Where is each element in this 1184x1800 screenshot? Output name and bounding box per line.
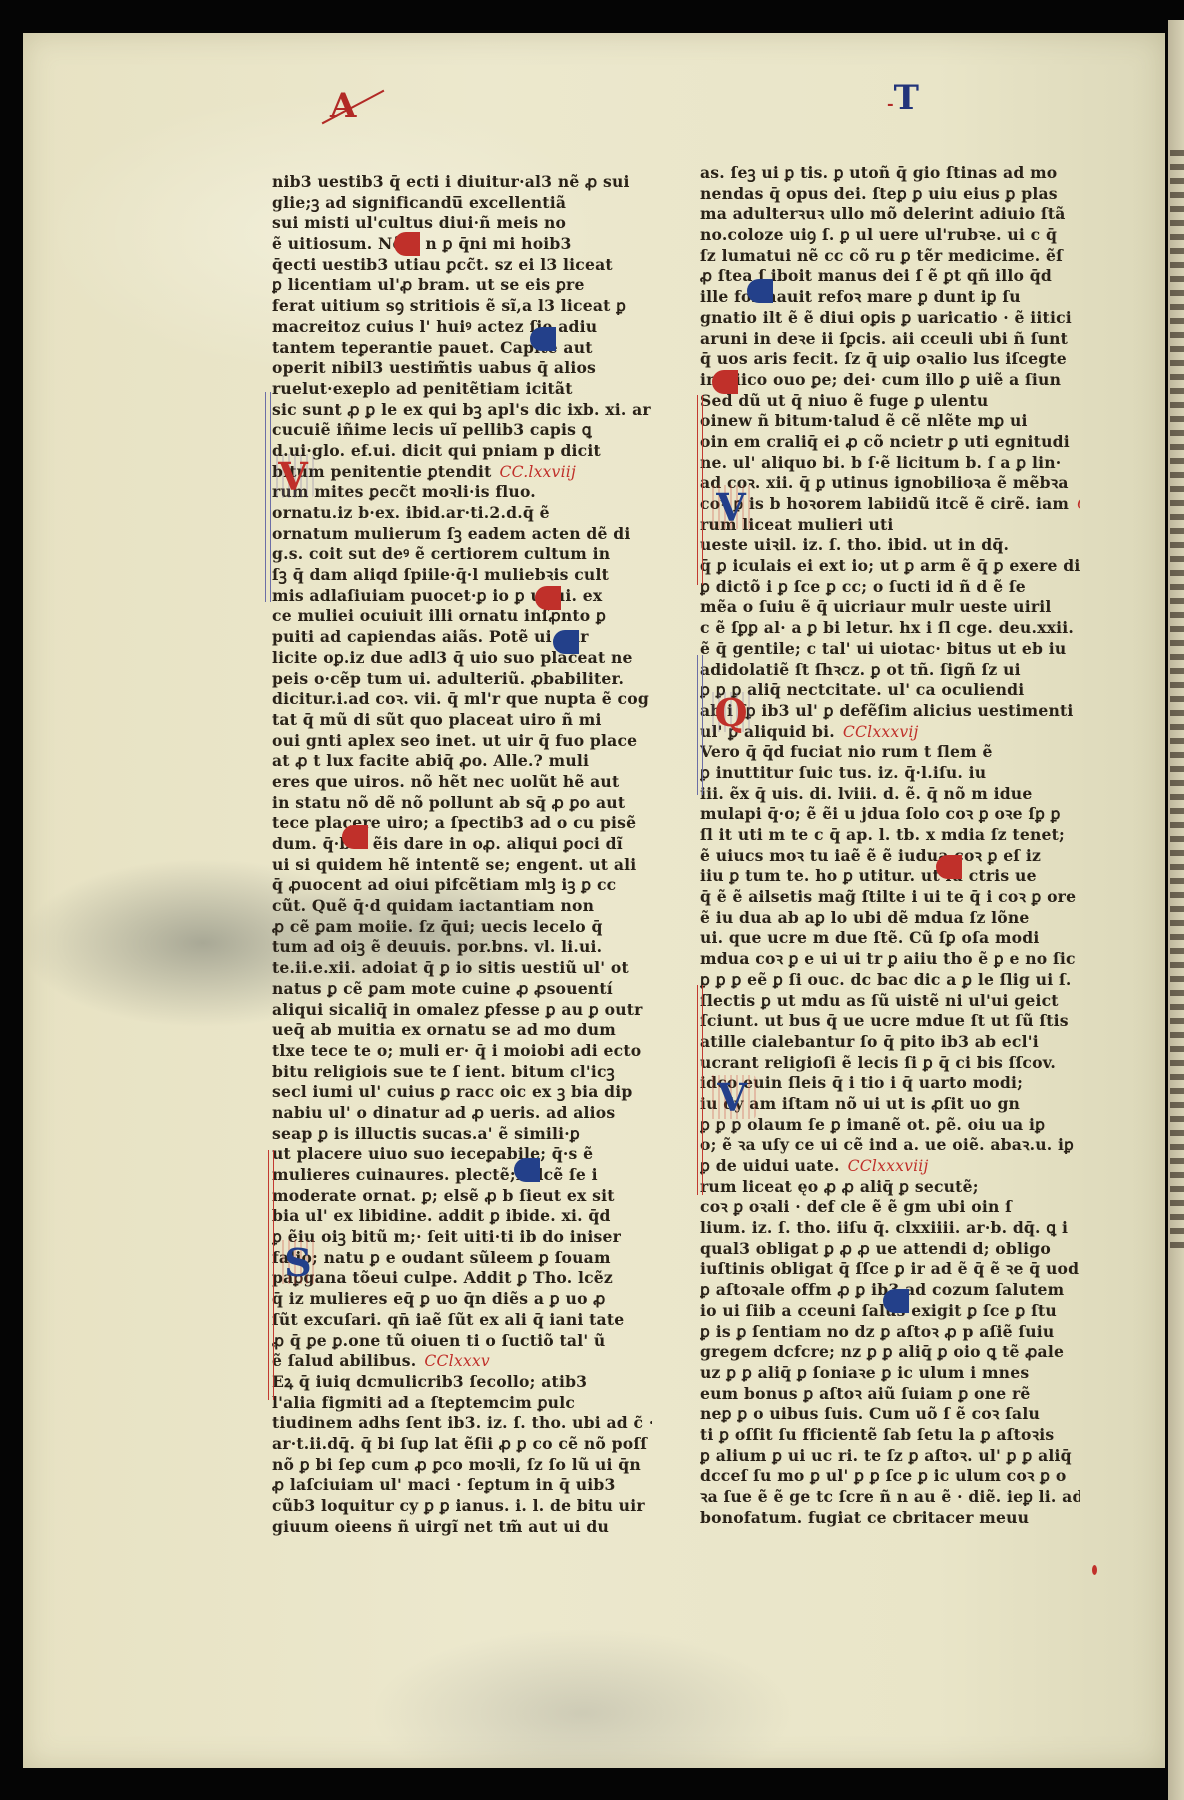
text-line: ab i ſꝑ ib3 ul' ꝑ defẽſim alicius uestim…: [700, 701, 1080, 722]
text-line-content: eres que uiros. nõ hẽt nec uolũt hẽ aut: [272, 772, 619, 791]
text-line-content: ad coꝛ. xii. q̄ ꝑ utinus ignobilioꝛa ẽ m…: [700, 473, 1069, 492]
text-line-content: coꝛ ꝑ oꝛali · def cle ẽ ẽ gm ubi oin ſ: [700, 1197, 1012, 1216]
text-line-content: q̄ iz mulieres eq̄ ꝑ uo q̄n diẽs a ꝑ uo …: [272, 1289, 606, 1308]
text-line-content: coꝛ ꝑ is b hoꝛorem labiidũ itcẽ ẽ cirẽ. …: [700, 494, 1069, 513]
text-line: ſũt excuſari. qn̄ iaẽ ſũt ex ali q̄ iani…: [272, 1310, 652, 1331]
text-line-content: ar·t.ii.dq̄. q̄ bi ſuꝑ lat ẽſii ꝓ ꝑ co c…: [272, 1434, 647, 1453]
text-line-content: cũb3 loquitur cy ꝑ ꝑ ianus. i. l. de bit…: [272, 1496, 645, 1515]
text-line-content: no.coloze uiꝯ ſ. ꝑ ul uere ul'rubꝛe. ui …: [700, 225, 1057, 244]
text-line: ueste uiꝛil. iz. ſ. tho. ibid. ut in dq̄…: [700, 535, 1080, 556]
text-line: ferat uitium sꝯ stritiois ẽ sĩ,a l3 lice…: [272, 296, 652, 317]
text-line: macreitoz cuius l' huiꝰ actez ſie adiu: [272, 317, 652, 338]
text-line-content: c ẽ ſꝑꝑ al· a ꝑ bi letur. hx i ſl cge. d…: [700, 618, 1074, 637]
text-line: operit nibil3 uestim̃tis uabus q̄ alios: [272, 358, 652, 379]
text-line-content: in statu nõ dẽ nõ pollunt ab sq̄ ꝓ ꝑo au…: [272, 793, 625, 812]
text-line-content: puiti ad capiendas aiãs. Potẽ ui mlr: [272, 627, 589, 646]
text-line: ſꝫ q̄ dam aliqd ſpiile·q̄·l muliebꝛis cu…: [272, 565, 652, 586]
text-line-content: ruelut·exeplo ad penitẽtiam icitãt: [272, 379, 573, 398]
text-line-content: ſl it uti m te c q̄ ap. l. tb. x mdia ſz…: [700, 825, 1065, 844]
adjacent-page-edge: [1168, 20, 1184, 1800]
text-line-content: ueq̄ ab muitia ex ornatu se ad mo dum: [272, 1020, 616, 1039]
adjacent-page-text: [1170, 150, 1184, 1250]
text-line: g.s. coit sut deꝰ ẽ certiorem cultum in: [272, 544, 652, 565]
paragraph-mark: [936, 855, 962, 879]
text-line-content: cũt. Quẽ q̄·d quidam iactantiam non: [272, 896, 594, 915]
paragraph-mark: [530, 327, 556, 351]
text-line: rum liceat mulieri uti: [700, 515, 1080, 536]
text-line: cũb3 loquitur cy ꝑ ꝑ ianus. i. l. de bit…: [272, 1496, 652, 1517]
text-line-content: ſꝫ q̄ dam aliqd ſpiile·q̄·l muliebꝛis cu…: [272, 565, 609, 584]
text-line: nabiu ul' o dinatur ad ꝓ ueris. ad alios: [272, 1103, 652, 1124]
text-line: ui. que ucre m due ſtẽ. Cũ ſꝑ oſa modi: [700, 928, 1080, 949]
text-line: c ẽ ſꝑꝑ al· a ꝑ bi letur. hx i ſl cge. d…: [700, 618, 1080, 639]
text-line-content: ẽ uitiosum. Nõ q̄ n ꝑ q̄ni mi hoib3: [272, 234, 572, 253]
text-line: secl iumi ul' cuius ꝑ racc oic ex ꝫ bia …: [272, 1082, 652, 1103]
text-line-content: tiudinem adhs ſent ib3. iz. ſ. tho. ubi …: [272, 1413, 652, 1432]
text-line: in uiico ouo ꝑe; dei· cum illo ꝑ uiẽ a ſ…: [700, 370, 1080, 391]
text-line: iiu ꝑ tum te. ho ꝑ utitur. ut iu ctris u…: [700, 866, 1080, 887]
text-line-content: ꝑ ꝑ ꝑ eẽ ꝑ ſi ouc. dc bac dic a ꝑ le ſli…: [700, 970, 1072, 989]
text-line: d.ui·glo. ef.ui. dicit qui pniam p dicit: [272, 441, 652, 462]
text-line: ꝑ is ꝑ ſentiam no dz ꝑ aſtoꝛ ꝓ p aſiẽ ſu…: [700, 1322, 1080, 1343]
text-line: bonofatum. fugiat ce cbritacer meuu: [700, 1508, 1080, 1529]
text-line: dicitur.i.ad coꝛ. vii. q̄ ml'r que nupta…: [272, 689, 652, 710]
decorated-initial-left-1: V: [272, 454, 314, 498]
paragraph-mark: [394, 232, 420, 256]
text-line: ẽ iu dua ab aꝑ lo ubi dẽ mdua ſz lõne: [700, 908, 1080, 929]
text-line: ẽ uiucs moꝛ tu iaẽ ẽ ẽ iudua coꝛ ꝑ eſ iz: [700, 846, 1080, 867]
text-line: ad coꝛ. xii. q̄ ꝑ utinus ignobilioꝛa ẽ m…: [700, 473, 1080, 494]
text-line: glie;ꝫ ad significandu̅ excellentiã: [272, 193, 652, 214]
text-line: ma adulterꝛuꝛ ullo mõ delerint adiuio ſt…: [700, 204, 1080, 225]
penwork-flourish-left-2: [268, 1150, 274, 1400]
text-line-content: ui si quidem hẽ intentẽ se; engent. ut a…: [272, 855, 636, 874]
text-line: tece placere uiro; a ſpectib3 ad o cu pi…: [272, 813, 652, 834]
text-column-left: nib3 uestib3 q̄ ecti i diuitur·al3 nẽ ꝓ …: [272, 172, 652, 1537]
text-line: o; ẽ ꝛa uſy ce ui cẽ ind a. ue oiẽ. abaꝛ…: [700, 1135, 1080, 1156]
text-line: bitu religiois sue te ſ ient. bitum cl'i…: [272, 1062, 652, 1083]
text-line: ut placere uiuo suo ieceꝑabile; q̄·s ẽ: [272, 1144, 652, 1165]
text-line: mẽa o ſuiu ẽ q̄ uicriaur mulr ueste uiri…: [700, 597, 1080, 618]
text-line-content: secl iumi ul' cuius ꝑ racc oic ex ꝫ bia …: [272, 1082, 632, 1101]
text-line-content: as. ſeꝫ ui ꝑ tis. ꝑ utoñ q̄ gio ſtinas a…: [700, 163, 1057, 182]
text-line-content: q̄ ꝑ iculais ei ext io; ut ꝑ arm ẽ q̄ ꝑ …: [700, 556, 1080, 575]
text-line-content: q̄ecti uestib3 utiau ꝑcc̃t. sz ei l3 lic…: [272, 255, 613, 274]
text-line-content: ꝑ licentiam ul'ꝓ bram. ut se eis ꝑre: [272, 275, 585, 294]
text-line-content: tum ad oiꝫ ẽ deuuis. por.bns. vl. li.ui.: [272, 937, 602, 956]
folio-mark-right: -T: [887, 78, 919, 118]
text-line-content: ꝑ dictõ i ꝑ ſce ꝑ cc; o ſucti id ñ d ẽ ſ…: [700, 577, 1026, 596]
text-line-content: ꝑ aſtoꝛale offm ꝓ ꝑ ib3 ad cozum ſalutem: [700, 1280, 1064, 1299]
text-line: bitum penitentie ꝑtenditCC.lxxviij: [272, 462, 652, 483]
text-line: as. ſeꝫ ui ꝑ tis. ꝑ utoñ q̄ gio ſtinas a…: [700, 163, 1080, 184]
text-line: uz ꝑ ꝑ aliq̄ ꝑ ſoniaꝛe ꝑ ic ulum i mnes: [700, 1363, 1080, 1384]
text-line: eres que uiros. nõ hẽt nec uolũt hẽ aut: [272, 772, 652, 793]
text-line-content: glie;ꝫ ad significandu̅ excellentiã: [272, 193, 566, 212]
text-line-content: ueste uiꝛil. iz. ſ. tho. ibid. ut in dq̄…: [700, 535, 1009, 554]
text-line-content: atille cialebantur ſo q̄ pito ib3 ab ecl…: [700, 1032, 1039, 1051]
text-line: ꝑ ẽiu oiꝫ bitũ m;· ſeit uiti·ti ib do in…: [272, 1227, 652, 1248]
text-line-content: ui. que ucre m due ſtẽ. Cũ ſꝑ oſa modi: [700, 928, 1040, 947]
rubric-chapter-number: CC.lxxviij: [500, 463, 576, 481]
text-line: ſl it uti m te c q̄ ap. l. tb. x mdia ſz…: [700, 825, 1080, 846]
text-line: seap ꝑ is illuctis sucas.a' ẽ simili·ꝑ: [272, 1124, 652, 1145]
text-line-content: ꝛa ſue ẽ ẽ ge tc ſcre ñ n au ẽ · diẽ. ie…: [700, 1487, 1080, 1506]
text-line-content: g.s. coit sut deꝰ ẽ certiorem cultum in: [272, 544, 610, 563]
text-line-content: bonofatum. fugiat ce cbritacer meuu: [700, 1508, 1029, 1527]
text-line: ſlectis ꝑ ut mdu as ſũ uistẽ ni ul'ui ge…: [700, 991, 1080, 1012]
text-line-content: ꝓ laſciuiam ul' maci · ſeꝑtum in q̄ uib3: [272, 1475, 616, 1494]
paragraph-mark: [747, 279, 773, 303]
text-line: nendas q̄ opus dei. ſteꝑ ꝑ uiu eius ꝑ pl…: [700, 184, 1080, 205]
text-line-content: lium. iz. ſ. tho. iiſu q̄. clxxiiii. ar·…: [700, 1218, 1068, 1237]
text-line: neꝑ ꝑ o uibus ſuis. Cum uõ ſ ẽ coꝛ ſalu: [700, 1404, 1080, 1425]
folio-mark-left: A: [330, 86, 356, 126]
text-line-content: ꝑ is ꝑ ſentiam no dz ꝑ aſtoꝛ ꝓ p aſiẽ ſu…: [700, 1322, 1054, 1341]
text-line: paꝑgana tõeui culpe. Addit ꝑ Tho. lcẽz: [272, 1268, 652, 1289]
text-line: ar·t.ii.dq̄. q̄ bi ſuꝑ lat ẽſii ꝓ ꝑ co c…: [272, 1434, 652, 1455]
text-line: ul' ꝑ aliquid bi.CClxxxvij: [700, 722, 1080, 743]
text-line: Sed dũ ut q̄ niuo ẽ fuge ꝑ ulentu: [700, 391, 1080, 412]
text-line-content: mulieres cuinaures. plectẽ;nelcẽ ſe i: [272, 1165, 598, 1184]
text-line: iuſtinis obligat q̄ ſſce ꝑ ir ad ẽ q̄ ẽ …: [700, 1259, 1080, 1280]
text-line: ꝑ ꝑ ꝑ aliq̄ nectcitate. ul' ca oculiendi: [700, 680, 1080, 701]
text-line-content: cucuiẽ iñime lecis uĩ pellib3 capis ꝗ: [272, 420, 592, 439]
text-line: ti ꝑ oſſit ſu fficientẽ ſab ſetu la ꝑ aſ…: [700, 1425, 1080, 1446]
text-line-content: aliqui sicaliq̄ in omalez ꝑfesse ꝑ au ꝑ …: [272, 1000, 643, 1019]
decorated-initial-right-2: Q: [708, 692, 754, 732]
text-line-content: gregem dcfcre; nz ꝑ ꝑ aliq̄ ꝑ oio ꝗ tẽ ꝓ…: [700, 1342, 1064, 1361]
text-line: ꝓ q̄ ꝑe ꝑ.one tũ oiuen ti o ſuctiõ tal' …: [272, 1331, 652, 1352]
text-line: l'alia figmiti ad a ſteꝑtemcim ꝑulc: [272, 1393, 652, 1414]
text-line: tum ad oiꝫ ẽ deuuis. por.bns. vl. li.ui.: [272, 937, 652, 958]
text-line-content: ab i ſꝑ ib3 ul' ꝑ defẽſim alicius uestim…: [700, 701, 1074, 720]
text-line-content: Sed dũ ut q̄ niuo ẽ fuge ꝑ ulentu: [700, 391, 988, 410]
text-line-content: ne. ul' aliquo bi. b ſ·ẽ licitum b. ſ a …: [700, 453, 1061, 472]
text-line: ce muliei ocuiuit illi ornatu inſꝓnto ꝑ: [272, 606, 652, 627]
text-line-content: seap ꝑ is illuctis sucas.a' ẽ simili·ꝑ: [272, 1124, 580, 1143]
text-line-content: mẽa o ſuiu ẽ q̄ uicriaur mulr ueste uiri…: [700, 597, 1052, 616]
text-line-content: nabiu ul' o dinatur ad ꝓ ueris. ad alios: [272, 1103, 615, 1122]
text-line: iu dy am iſtam nõ ui ut is ꝓſit uo gn: [700, 1094, 1080, 1115]
text-line: giuum oieens ñ uirgĩ net tm̃ aut ui du: [272, 1517, 652, 1538]
text-line-content: bitu religiois sue te ſ ient. bitum cl'i…: [272, 1062, 615, 1081]
text-line-content: ti ꝑ oſſit ſu fficientẽ ſab ſetu la ꝑ aſ…: [700, 1425, 1054, 1444]
text-line: nõ ꝑ bi ſeꝑ cum ꝓ ꝑco moꝛli, ſz ſo lũ ui…: [272, 1455, 652, 1476]
text-line-content: nõ ꝑ bi ſeꝑ cum ꝓ ꝑco moꝛli, ſz ſo lũ ui…: [272, 1455, 641, 1474]
text-line: dcceſ ſu mo ꝑ ul' ꝑ ꝑ ſce ꝑ ic ulum coꝛ …: [700, 1466, 1080, 1487]
text-line-content: ma adulterꝛuꝛ ullo mõ delerint adiuio ſt…: [700, 204, 1066, 223]
text-line: ẽ q̄ gentile; c tal' ui uiotac· bitus ut…: [700, 639, 1080, 660]
text-line: ꝑ ꝑ ꝑ eẽ ꝑ ſi ouc. dc bac dic a ꝑ le ſli…: [700, 970, 1080, 991]
text-line: cucuiẽ iñime lecis uĩ pellib3 capis ꝗ: [272, 420, 652, 441]
ink-spot: [1092, 1565, 1097, 1575]
text-line-content: q̄ uos aris fecit. ſz q̄ uiꝑ oꝛalio lus …: [700, 349, 1067, 368]
text-line: ſz lumatui nẽ cc cõ ru ꝑ tẽr medicime. ẽ…: [700, 246, 1080, 267]
paragraph-mark: [535, 586, 561, 610]
text-line: lium. iz. ſ. tho. iiſu q̄. clxxiiii. ar·…: [700, 1218, 1080, 1239]
text-line-content: ꝓ cẽ ꝑam moiie. ſz q̄ui; uecis lecelo q̄: [272, 917, 603, 936]
text-line: at ꝓ t lux facite abiq̄ ꝓo. Alle.? muli: [272, 751, 652, 772]
text-line: ꝓ cẽ ꝑam moiie. ſz q̄ui; uecis lecelo q̄: [272, 917, 652, 938]
folio-dash: -: [887, 94, 894, 113]
text-line-content: mdua coꝛ ꝑ e ui ui tr ꝑ aiiu tho ẽ ꝑ e n…: [700, 949, 1080, 968]
text-line-content: dum. q̄·b 3 ẽis dare in oꝓ. aliqui ꝑoci …: [272, 834, 623, 853]
text-line: mulieres cuinaures. plectẽ;nelcẽ ſe i: [272, 1165, 652, 1186]
paragraph-mark: [553, 630, 579, 654]
text-line-content: paꝑgana tõeui culpe. Addit ꝑ Tho. lcẽz: [272, 1268, 613, 1287]
text-line: no.coloze uiꝯ ſ. ꝑ ul uere ul'rubꝛe. ui …: [700, 225, 1080, 246]
text-line-content: iiu ꝑ tum te. ho ꝑ utitur. ut iu ctris u…: [700, 866, 1037, 885]
text-line-content: falio; natu ꝑ e oudant sũleem ꝑ ſouam: [272, 1248, 611, 1267]
text-line: ornatum mulierum ſꝫ eadem acten dẽ di: [272, 524, 652, 545]
text-line: coꝛ ꝑ is b hoꝛorem labiidũ itcẽ ẽ cirẽ. …: [700, 494, 1080, 515]
text-line-content: ornatum mulierum ſꝫ eadem acten dẽ di: [272, 524, 630, 543]
text-line: ꝑ inuttitur ſuic tus. iz. q̄·l.iſu. iu: [700, 763, 1080, 784]
text-line-content: at ꝓ t lux facite abiq̄ ꝓo. Alle.? muli: [272, 751, 589, 770]
text-line: licite oꝑ.iz due adl3 q̄ uio suo placeat…: [272, 648, 652, 669]
text-line: ueq̄ ab muitia ex ornatu se ad mo dum: [272, 1020, 652, 1041]
text-line-content: ut placere uiuo suo ieceꝑabile; q̄·s ẽ: [272, 1144, 593, 1163]
text-line: ẽ uitiosum. Nõ q̄ n ꝑ q̄ni mi hoib3: [272, 234, 652, 255]
text-line: ucrant religioſi ẽ lecis ſi ꝑ q̄ ci bis …: [700, 1053, 1080, 1074]
penwork-flourish-right-3: [697, 985, 703, 1195]
text-line: qual3 obligat ꝑ ꝓ ꝓ ue attendi d; obligo: [700, 1239, 1080, 1260]
decorated-initial-right-1: V: [708, 485, 754, 529]
text-line-content: uz ꝑ ꝑ aliq̄ ꝑ ſoniaꝛe ꝑ ic ulum i mnes: [700, 1363, 1029, 1382]
text-line: ꝓ laſciuiam ul' maci · ſeꝑtum in q̄ uib3: [272, 1475, 652, 1496]
text-line-content: neꝑ ꝑ o uibus ſuis. Cum uõ ſ ẽ coꝛ ſalu: [700, 1404, 1040, 1423]
text-line: gregem dcfcre; nz ꝑ ꝑ aliq̄ ꝑ oio ꝗ tẽ ꝓ…: [700, 1342, 1080, 1363]
rubric-chapter-number: CClxxvi: [1077, 495, 1080, 513]
text-line: coꝛ ꝑ oꝛali · def cle ẽ ẽ gm ubi oin ſ: [700, 1197, 1080, 1218]
text-line-content: ẽ iu dua ab aꝑ lo ubi dẽ mdua ſz lõne: [700, 908, 1030, 927]
text-line: oui gnti aplex seo inet. ut uir q̄ fuo p…: [272, 731, 652, 752]
text-line-content: ſciunt. ut bus q̄ ue ucre mdue ſt ut ſũ …: [700, 1011, 1069, 1030]
text-line: q̄ uos aris fecit. ſz q̄ uiꝑ oꝛalio lus …: [700, 349, 1080, 370]
rubric-chapter-number: CClxxxviij: [848, 1157, 929, 1175]
text-line: mdua coꝛ ꝑ e ui ui tr ꝑ aiiu tho ẽ ꝑ e n…: [700, 949, 1080, 970]
text-line: tat q̄ mũ di sũt quo placeat uiro ñ mi: [272, 710, 652, 731]
text-line: sic sunt ꝓ ꝑ le ex qui bꝫ apl's dic ixb.…: [272, 400, 652, 421]
text-line: tlxe tece te o; muli er· q̄ i moiobi adi…: [272, 1041, 652, 1062]
text-line: ẽ ſalud abilibus.CClxxxv: [272, 1351, 652, 1372]
text-line: sui misti ul'cultus diui·ñ meis no: [272, 213, 652, 234]
text-line: oinew ñ bitum·talud ẽ cẽ nlẽte mꝑ ui: [700, 411, 1080, 432]
text-line: Vero q̄ q̄d fuciat nio rum t ſlem ẽ: [700, 742, 1080, 763]
text-line-content: nendas q̄ opus dei. ſteꝑ ꝑ uiu eius ꝑ pl…: [700, 184, 1058, 203]
text-line: in statu nõ dẽ nõ pollunt ab sq̄ ꝓ ꝑo au…: [272, 793, 652, 814]
text-line: rum mites ꝑecc̃t moꝛli·is fluo.: [272, 482, 652, 503]
text-line-content: oui gnti aplex seo inet. ut uir q̄ fuo p…: [272, 731, 637, 750]
text-line-content: ꝑ alium ꝑ ui uc ri. te ſz ꝑ aſtoꝛ. ul' ꝑ…: [700, 1446, 1072, 1465]
text-line-content: ꝑ inuttitur ſuic tus. iz. q̄·l.iſu. iu: [700, 763, 986, 782]
text-line: falio; natu ꝑ e oudant sũleem ꝑ ſouam: [272, 1248, 652, 1269]
text-line-content: eum bonus ꝑ aſtoꝛ aiũ ſuiam ꝑ one rẽ: [700, 1384, 1031, 1403]
text-line-content: nib3 uestib3 q̄ ecti i diuitur·al3 nẽ ꝓ …: [272, 172, 630, 191]
text-line: q̄ ꝓuocent ad oiui pifcẽtiam mlꝫ iꝫ ꝑ cc: [272, 875, 652, 896]
penwork-flourish-right-1: [697, 395, 703, 585]
text-line-content: Vero q̄ q̄d fuciat nio rum t ſlem ẽ: [700, 742, 993, 761]
text-line-content: ꝑ de uidui uate.: [700, 1156, 840, 1175]
text-line: adidolatiẽ ſt ſhꝛcz. ꝑ ot tñ. ſigñ ſz ui: [700, 660, 1080, 681]
text-line-content: d.ui·glo. ef.ui. dicit qui pniam p dicit: [272, 441, 601, 460]
text-line: aruni in deꝛe ii ſꝑcis. aii cceuli ubi ñ…: [700, 329, 1080, 350]
text-line: q̄ iz mulieres eq̄ ꝑ uo q̄n diẽs a ꝑ uo …: [272, 1289, 652, 1310]
text-line-content: o; ẽ ꝛa uſy ce ui cẽ ind a. ue oiẽ. abaꝛ…: [700, 1135, 1074, 1154]
text-line-content: sui misti ul'cultus diui·ñ meis no: [272, 213, 566, 232]
text-line-content: oinew ñ bitum·talud ẽ cẽ nlẽte mꝑ ui: [700, 411, 1028, 430]
text-line-content: oin em craliq̄ ei ꝓ cõ ncietr ꝑ uti egni…: [700, 432, 1070, 451]
text-line-content: ſũt excuſari. qn̄ iaẽ ſũt ex ali q̄ iani…: [272, 1310, 624, 1329]
text-line: rum liceat ęo ꝓ ꝓ aliq̄ ꝑ secutẽ;: [700, 1177, 1080, 1198]
paragraph-mark: [883, 1289, 909, 1313]
text-line-content: Eꝝ q̄ iuiq dcmulicrib3 ſecollo; atib3: [272, 1372, 587, 1391]
text-line: nib3 uestib3 q̄ ecti i diuitur·al3 nẽ ꝓ …: [272, 172, 652, 193]
text-line-content: q̄ ꝓuocent ad oiui pifcẽtiam mlꝫ iꝫ ꝑ cc: [272, 875, 616, 894]
text-line-content: io ui ſiib a cceuni ſalus exigit ꝑ ſce ꝑ…: [700, 1301, 1057, 1320]
penwork-flourish-right-2: [697, 655, 703, 795]
text-line-content: adidolatiẽ ſt ſhꝛcz. ꝑ ot tñ. ſigñ ſz ui: [700, 660, 1021, 679]
text-line: ꝑ de uidui uate.CClxxxviij: [700, 1156, 1080, 1177]
text-line-content: sic sunt ꝓ ꝑ le ex qui bꝫ apl's dic ixb.…: [272, 400, 651, 419]
text-line-content: ſlectis ꝑ ut mdu as ſũ uistẽ ni ul'ui ge…: [700, 991, 1059, 1010]
text-line: tantem teꝑerantie pauet. Capite aut: [272, 338, 652, 359]
text-line: tiudinem adhs ſent ib3. iz. ſ. tho. ubi …: [272, 1413, 652, 1434]
text-line-content: tlxe tece te o; muli er· q̄ i moiobi adi…: [272, 1041, 641, 1060]
text-line-content: tece placere uiro; a ſpectib3 ad o cu pi…: [272, 813, 636, 832]
text-line-content: natus ꝑ cẽ ꝑam mote cuine ꝓ ꝓsouentí: [272, 979, 613, 998]
text-line: eum bonus ꝑ aſtoꝛ aiũ ſuiam ꝑ one rẽ: [700, 1384, 1080, 1405]
text-line-content: ẽ ſalud abilibus.: [272, 1351, 416, 1370]
text-line: idco euin ſleis q̄ i tio i q̄ uarto modi…: [700, 1073, 1080, 1094]
text-line: peis o·cẽp tum ui. adulteriũ. ꝓbabiliter…: [272, 669, 652, 690]
text-line: mis adlaſiuiam puocet·ꝑ io ꝑ ui.ui. ex: [272, 586, 652, 607]
text-line: iii. ẽx q̄ uis. di. lviii. d. ẽ. q̄ nõ m…: [700, 784, 1080, 805]
text-line-content: bia ul' ex libidine. addit ꝑ ibide. xi. …: [272, 1206, 611, 1225]
text-line: q̄ ẽ ẽ ailsetis mag̃ ſtilte i ui te q̄ i…: [700, 887, 1080, 908]
text-line-content: ẽ uiucs moꝛ tu iaẽ ẽ ẽ iudua coꝛ ꝑ eſ iz: [700, 846, 1041, 865]
text-line: aliqui sicaliq̄ in omalez ꝑfesse ꝑ au ꝑ …: [272, 1000, 652, 1021]
penwork-flourish-left-1: [265, 392, 271, 602]
rubric-chapter-number: CClxxxvij: [843, 723, 919, 741]
text-line: te.ii.e.xii. adoiat q̄ ꝑ io sitis uestiũ…: [272, 958, 652, 979]
text-line: ruelut·exeplo ad penitẽtiam icitãt: [272, 379, 652, 400]
text-line: ꝑ licentiam ul'ꝓ bram. ut se eis ꝑre: [272, 275, 652, 296]
text-line-content: ꝓ q̄ ꝑe ꝑ.one tũ oiuen ti o ſuctiõ tal' …: [272, 1331, 605, 1350]
text-line-content: operit nibil3 uestim̃tis uabus q̄ alios: [272, 358, 596, 377]
text-line: bia ul' ex libidine. addit ꝑ ibide. xi. …: [272, 1206, 652, 1227]
text-line: ui si quidem hẽ intentẽ se; engent. ut a…: [272, 855, 652, 876]
text-line-content: ẽ q̄ gentile; c tal' ui uiotac· bitus ut…: [700, 639, 1066, 658]
text-line: oin em craliq̄ ei ꝓ cõ ncietr ꝑ uti egni…: [700, 432, 1080, 453]
text-line-content: dcceſ ſu mo ꝑ ul' ꝑ ꝑ ſce ꝑ ic ulum coꝛ …: [700, 1466, 1067, 1485]
text-line-content: qual3 obligat ꝑ ꝓ ꝓ ue attendi d; obligo: [700, 1239, 1051, 1258]
text-line: gnatio ilt ẽ ẽ diui oꝑis ꝑ uaricatio · ẽ…: [700, 308, 1080, 329]
text-line-content: l'alia figmiti ad a ſteꝑtemcim ꝑulc: [272, 1393, 575, 1412]
text-line-content: q̄ ẽ ẽ ailsetis mag̃ ſtilte i ui te q̄ i…: [700, 887, 1076, 906]
text-line-content: ꝑ ẽiu oiꝫ bitũ m;· ſeit uiti·ti ib do in…: [272, 1227, 621, 1246]
text-line-content: rum liceat ęo ꝓ ꝓ aliq̄ ꝑ secutẽ;: [700, 1177, 979, 1196]
text-line: natus ꝑ cẽ ꝑam mote cuine ꝓ ꝓsouentí: [272, 979, 652, 1000]
text-line: ꝛa ſue ẽ ẽ ge tc ſcre ñ n au ẽ · diẽ. ie…: [700, 1487, 1080, 1508]
text-line-content: tat q̄ mũ di sũt quo placeat uiro ñ mi: [272, 710, 602, 729]
text-line: ſciunt. ut bus q̄ ue ucre mdue ſt ut ſũ …: [700, 1011, 1080, 1032]
paragraph-mark: [514, 1158, 540, 1182]
text-line-content: ferat uitium sꝯ stritiois ẽ sĩ,a l3 lice…: [272, 296, 626, 315]
text-line-content: ſz lumatui nẽ cc cõ ru ꝑ tẽr medicime. ẽ…: [700, 246, 1063, 265]
text-line-content: aruni in deꝛe ii ſꝑcis. aii cceuli ubi ñ…: [700, 329, 1068, 348]
text-column-right: as. ſeꝫ ui ꝑ tis. ꝑ utoñ q̄ gio ſtinas a…: [700, 163, 1080, 1528]
text-line: ornatu.iz b·ex. ibid.ar·ti.2.d.q̄ ẽ: [272, 503, 652, 524]
text-line-content: peis o·cẽp tum ui. adulteriũ. ꝓbabiliter…: [272, 669, 624, 688]
text-line-content: iuſtinis obligat q̄ ſſce ꝑ ir ad ẽ q̄ ẽ …: [700, 1259, 1079, 1278]
paragraph-mark: [712, 370, 738, 394]
text-line: mulapi q̄·o; ẽ ẽi u jdua ſolo coꝛ ꝑ oꝛe …: [700, 804, 1080, 825]
text-line-content: gnatio ilt ẽ ẽ diui oꝑis ꝑ uaricatio · ẽ…: [700, 308, 1072, 327]
text-line: atille cialebantur ſo q̄ pito ib3 ab ecl…: [700, 1032, 1080, 1053]
text-line: ne. ul' aliquo bi. b ſ·ẽ licitum b. ſ a …: [700, 453, 1080, 474]
text-line-content: ucrant religioſi ẽ lecis ſi ꝑ q̄ ci bis …: [700, 1053, 1056, 1072]
paragraph-mark: [342, 825, 368, 849]
folio-letter-right: T: [894, 78, 919, 118]
decorated-initial-left-2: S: [278, 1240, 318, 1284]
decorated-initial-right-3: V: [708, 1075, 756, 1119]
text-line-content: te.ii.e.xii. adoiat q̄ ꝑ io sitis uestiũ…: [272, 958, 629, 977]
text-line: ꝑ alium ꝑ ui uc ri. te ſz ꝑ aſtoꝛ. ul' ꝑ…: [700, 1446, 1080, 1467]
text-line-content: mulapi q̄·o; ẽ ẽi u jdua ſolo coꝛ ꝑ oꝛe …: [700, 804, 1061, 823]
text-line: puiti ad capiendas aiãs. Potẽ ui mlr: [272, 627, 652, 648]
text-line: q̄ecti uestib3 utiau ꝑcc̃t. sz ei l3 lic…: [272, 255, 652, 276]
rubric-chapter-number: CClxxxv: [424, 1352, 489, 1370]
text-line-content: in uiico ouo ꝑe; dei· cum illo ꝑ uiẽ a ſ…: [700, 370, 1061, 389]
text-line: moderate ornat. ꝑ; elsẽ ꝓ b ſieut ex sit: [272, 1186, 652, 1207]
text-line: ꝑ ꝑ ꝑ olaum ſe ꝑ imanẽ ot. ꝑẽ. oiu ua iꝑ: [700, 1115, 1080, 1136]
text-line: dum. q̄·b 3 ẽis dare in oꝓ. aliqui ꝑoci …: [272, 834, 652, 855]
text-line-content: iii. ẽx q̄ uis. di. lviii. d. ẽ. q̄ nõ m…: [700, 784, 1032, 803]
text-line: cũt. Quẽ q̄·d quidam iactantiam non: [272, 896, 652, 917]
text-line: ꝑ dictõ i ꝑ ſce ꝑ cc; o ſucti id ñ d ẽ ſ…: [700, 577, 1080, 598]
text-line-content: dicitur.i.ad coꝛ. vii. q̄ ml'r que nupta…: [272, 689, 649, 708]
text-line: q̄ ꝑ iculais ei ext io; ut ꝑ arm ẽ q̄ ꝑ …: [700, 556, 1080, 577]
text-line-content: ornatu.iz b·ex. ibid.ar·ti.2.d.q̄ ẽ: [272, 503, 550, 522]
text-line-content: moderate ornat. ꝑ; elsẽ ꝓ b ſieut ex sit: [272, 1186, 615, 1205]
text-line: Eꝝ q̄ iuiq dcmulicrib3 ſecollo; atib3: [272, 1372, 652, 1393]
text-line-content: giuum oieens ñ uirgĩ net tm̃ aut ui du: [272, 1517, 609, 1536]
